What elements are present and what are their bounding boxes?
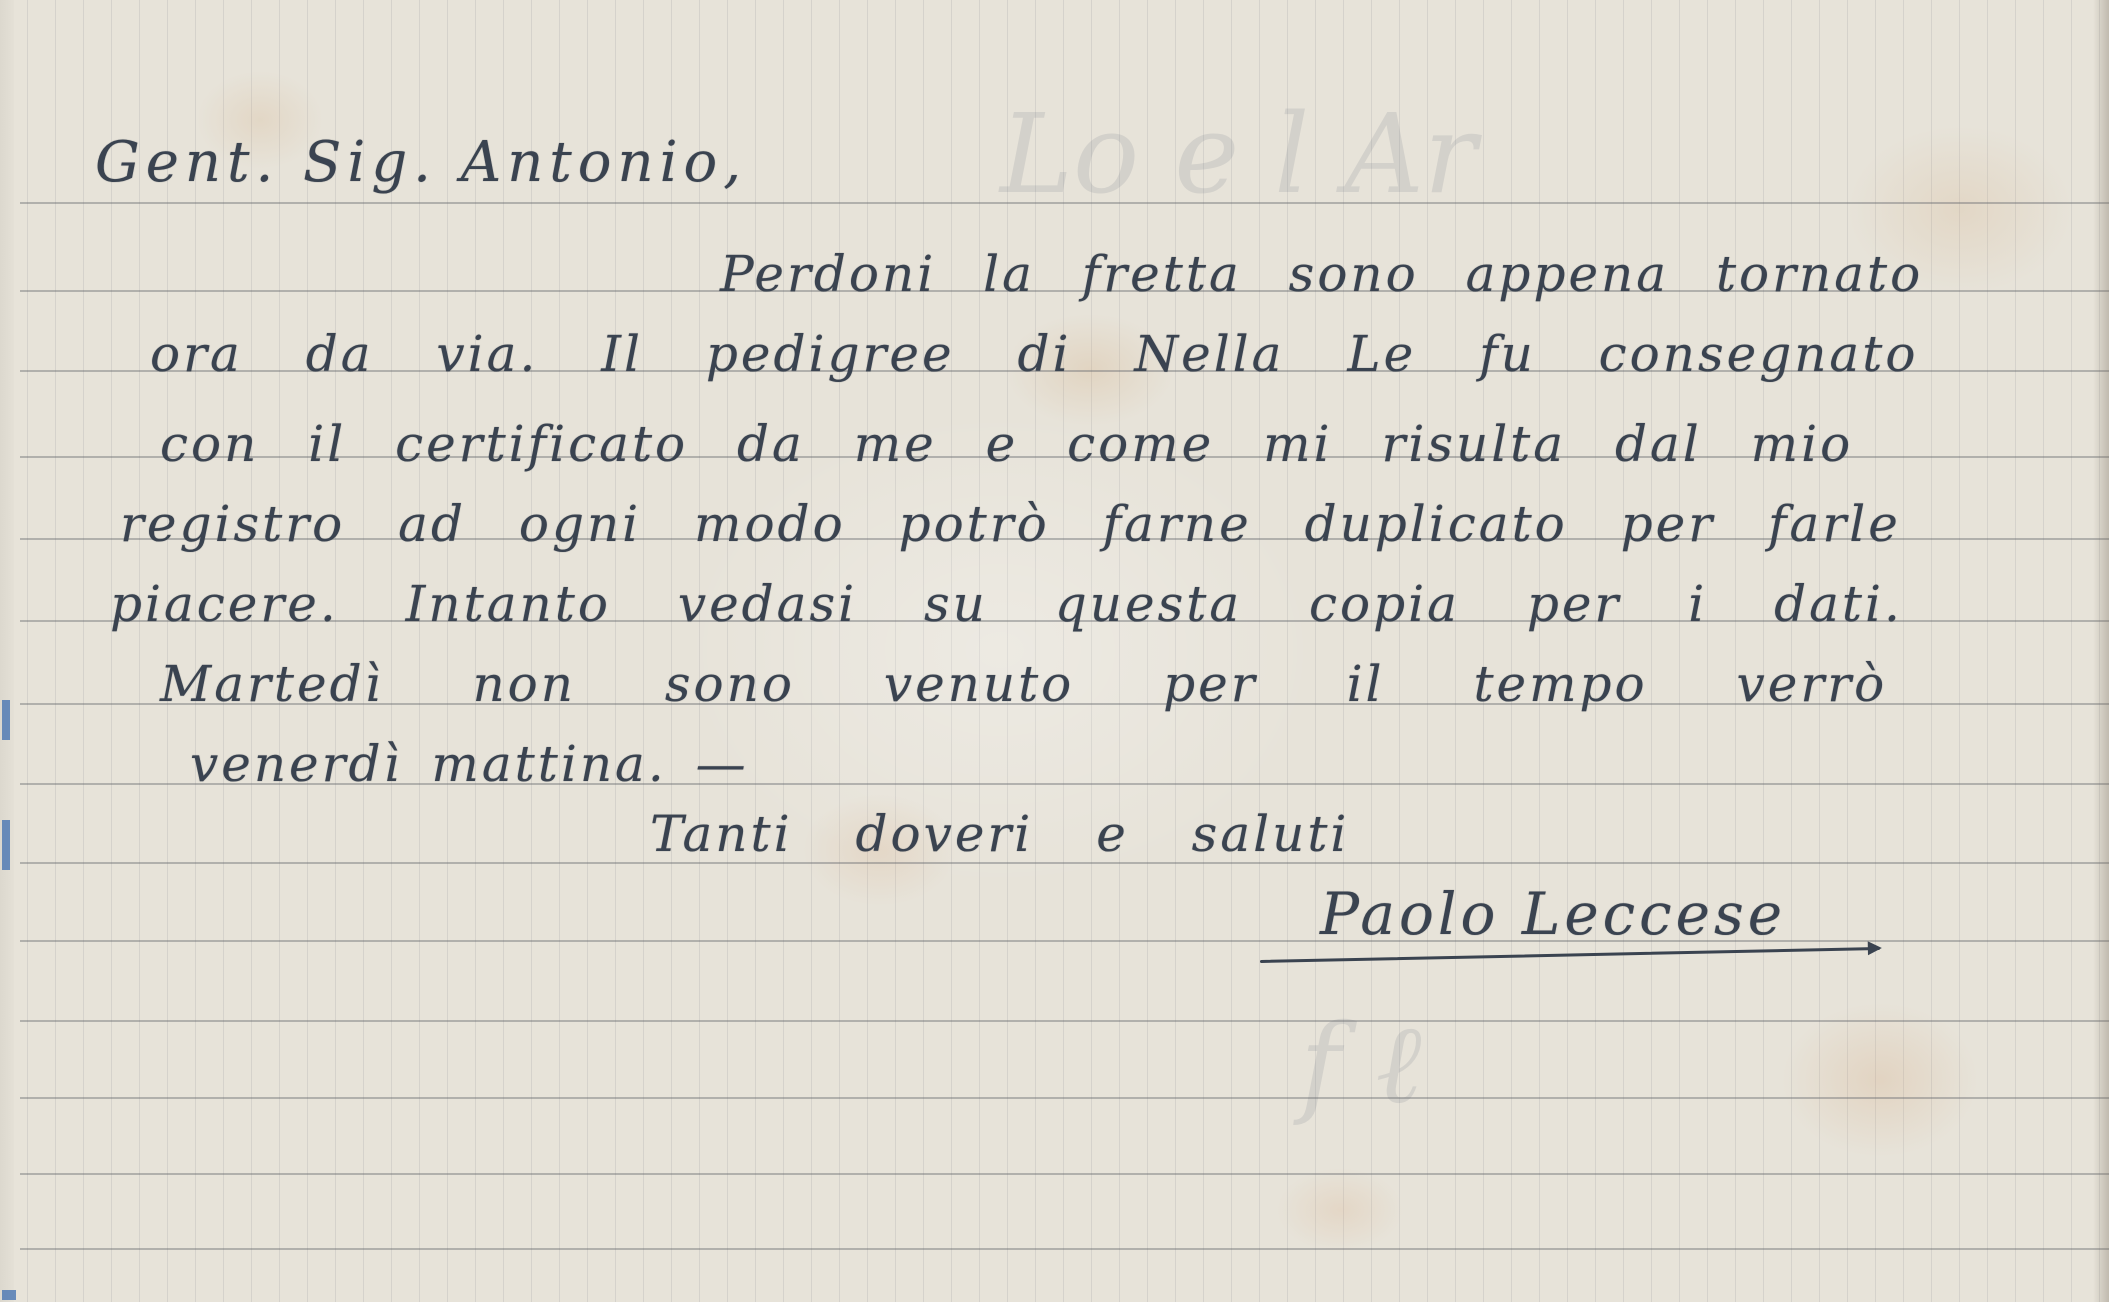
- bleed-through-text: Lo e l Ar: [1000, 90, 1476, 218]
- ruled-line: [20, 940, 2109, 942]
- edge-ink-mark: [2, 820, 10, 870]
- letter-sheet: Lo e l Ar f ℓ Gent. Sig. Antonio, Perdon…: [0, 0, 2109, 1302]
- signature: Paolo Leccese: [1320, 880, 1786, 948]
- signature-underline-flourish: [1260, 947, 1880, 963]
- letter-line: registro ad ogni modo potrò farne duplic…: [120, 495, 1901, 553]
- letter-line: ora da via. Il pedigree di Nella Le fu c…: [150, 325, 1918, 383]
- letter-line: con il certificato da me e come mi risul…: [160, 415, 1853, 473]
- salutation: Gent. Sig. Antonio,: [95, 130, 747, 195]
- letter-line: Perdoni la fretta sono appena tornato: [720, 245, 1923, 303]
- ruled-line: [20, 1097, 2109, 1099]
- closing: Tanti doveri e saluti: [650, 805, 1349, 863]
- paper-right-shadow: [2093, 0, 2109, 1302]
- ruled-line: [20, 1020, 2109, 1022]
- letter-line: Martedì non sono venuto per il tempo ver…: [160, 655, 1887, 713]
- ruled-line: [20, 1173, 2109, 1175]
- ruled-line: [20, 1248, 2109, 1250]
- letter-line: piacere. Intanto vedasi su questa copia …: [110, 575, 1903, 633]
- edge-ink-mark: [2, 700, 10, 740]
- letter-line: venerdì mattina. —: [190, 735, 749, 793]
- paper-left-edge: [0, 0, 14, 1302]
- ruled-line: [20, 202, 2109, 204]
- edge-ink-mark: [2, 1290, 16, 1300]
